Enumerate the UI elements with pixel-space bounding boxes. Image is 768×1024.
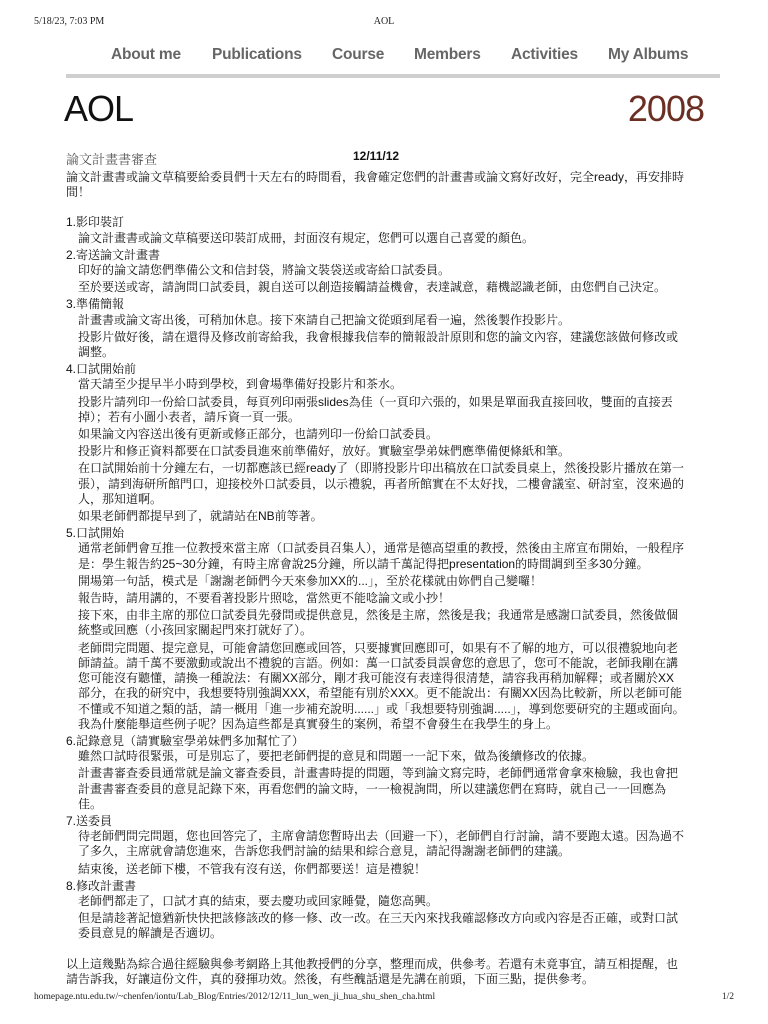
section-paragraph: 接下來，由非主席的那位口試委員先發問或提供意見，然後是主席，然後是我；我通常是感…: [66, 608, 686, 638]
section-heading: 1.影印裝訂: [66, 215, 686, 230]
section-paragraph: 投影片做好後，請在還得及修改前寄給我，我會根據我信奉的簡報設計原則和您的論文內容…: [66, 330, 686, 360]
section-6: 6.記錄意見（請實驗室學弟妹們多加幫忙了） 雖然口試時很緊張，可是別忘了，要把老…: [66, 734, 686, 812]
print-page-number: 1/2: [722, 992, 734, 1002]
section-paragraph: 但是請趁著記憶猶新快快把該修該改的修一修、改一改。在三天內來找我確認修改方向或內…: [66, 911, 686, 941]
section-paragraph: 如果老師們都提早到了，就請站在NB前等著。: [66, 509, 686, 524]
nav-item-activities[interactable]: Activities: [511, 46, 578, 64]
section-paragraph: 論文計畫書或論文草稿要送印裝訂成冊，封面沒有規定，您們可以選自己喜愛的顏色。: [66, 231, 686, 246]
section-heading: 5.口試開始: [66, 526, 686, 541]
print-page-title: AOL: [0, 16, 768, 27]
section-paragraph: 開場第一句話，模式是「謝謝老師們今天來參加XX的...」，至於花樣就由妳們自己變…: [66, 574, 686, 589]
entry-outro: 以上這幾點為綜合過往經驗與參考網路上其他教授們的分享，整理而成，供參考。若還有未…: [66, 957, 686, 987]
section-paragraph: 通常老師們會互推一位教授來當主席（口試委員召集人），通常是德高望重的教授，然後由…: [66, 541, 686, 571]
section-heading: 7.送委員: [66, 814, 686, 829]
section-paragraph: 雖然口試時很緊張，可是別忘了，要把老師們提的意見和問題一一記下來，做為後續修改的…: [66, 749, 686, 764]
entry-body: 論文計畫書或論文草稿要給委員們十天左右的時間看，我會確定您們的計畫書或論文寫好改…: [66, 170, 686, 987]
section-paragraph: 報告時，請用講的，不要看著投影片照唸，當然更不能唸論文或小抄！: [66, 591, 686, 606]
section-4: 4.口試開始前 當天請至少提早半小時到學校，到會場準備好投影片和茶水。 投影片請…: [66, 362, 686, 524]
section-paragraph: 計畫書或論文寄出後，可稍加休息。接下來請自己把論文從頭到尾看一遍，然後製作投影片…: [66, 313, 686, 328]
entry-intro: 論文計畫書或論文草稿要給委員們十天左右的時間看，我會確定您們的計畫書或論文寫好改…: [66, 170, 686, 200]
site-title: AOL: [64, 88, 133, 130]
section-paragraph: 如果論文內容送出後有更新或修正部分，也請列印一份給口試委員。: [66, 427, 686, 442]
section-7: 7.送委員 待老師們問完問題，您也回答完了，主席會請您暫時出去（回避一下），老師…: [66, 814, 686, 877]
section-paragraph: 結束後，送老師下樓，不管我有沒有送，你們都要送！這是禮貌！: [66, 862, 686, 877]
section-2: 2.寄送論文計畫書 印好的論文請您們準備公文和信封袋，將論文裝袋送或寄給口試委員…: [66, 248, 686, 296]
print-footer: homepage.ntu.edu.tw/~chenfen/iontu/Lab_B…: [0, 992, 768, 1006]
nav-item-publications[interactable]: Publications: [212, 46, 302, 64]
section-paragraph: 計畫書審查委員通常就是論文審查委員，計畫書時提的問題，等到論文寫完時，老師們通常…: [66, 766, 686, 812]
section-heading: 8.修改計畫書: [66, 879, 686, 894]
nav-item-about-me[interactable]: About me: [111, 46, 181, 64]
nav-item-my-albums[interactable]: My Albums: [608, 46, 688, 64]
nav-item-members[interactable]: Members: [414, 46, 481, 64]
section-8: 8.修改計畫書 老師們都走了，口試才真的結束，要去慶功或回家睡覺，隨您高興。 但…: [66, 879, 686, 942]
entry-header: 論文計畫書審查 12/11/12: [66, 149, 706, 167]
section-paragraph: 老師們都走了，口試才真的結束，要去慶功或回家睡覺，隨您高興。: [66, 894, 686, 909]
section-paragraph: 投影片請列印一份給口試委員，每頁列印兩張slides為佳（一頁印六張的，如果是單…: [66, 395, 686, 425]
section-paragraph: 老師問完問題、提完意見，可能會請您回應或回答，只要據實回應即可，如果有不了解的地…: [66, 641, 686, 732]
site-year: 2008: [628, 88, 704, 130]
print-url: homepage.ntu.edu.tw/~chenfen/iontu/Lab_B…: [34, 992, 435, 1002]
nav-item-course[interactable]: Course: [332, 46, 384, 64]
section-heading: 3.準備簡報: [66, 297, 686, 312]
section-1: 1.影印裝訂 論文計畫書或論文草稿要送印裝訂成冊，封面沒有規定，您們可以選自己喜…: [66, 215, 686, 245]
section-paragraph: 待老師們問完問題，您也回答完了，主席會請您暫時出去（回避一下），老師們自行討論，…: [66, 829, 686, 859]
print-header: 5/18/23, 7:03 PM AOL: [0, 16, 768, 30]
section-5: 5.口試開始 通常老師們會互推一位教授來當主席（口試委員召集人），通常是德高望重…: [66, 526, 686, 732]
section-paragraph: 在口試開始前十分鐘左右，一切都應該已經ready了（即將投影片印出稿放在口試委員…: [66, 461, 686, 507]
main-nav: About me Publications Course Members Act…: [66, 44, 720, 78]
section-heading: 2.寄送論文計畫書: [66, 248, 686, 263]
section-3: 3.準備簡報 計畫書或論文寄出後，可稍加休息。接下來請自己把論文從頭到尾看一遍，…: [66, 297, 686, 360]
section-heading: 4.口試開始前: [66, 362, 686, 377]
entry-title: 論文計畫書審查: [66, 149, 157, 168]
section-paragraph: 當天請至少提早半小時到學校，到會場準備好投影片和茶水。: [66, 377, 686, 392]
section-paragraph: 印好的論文請您們準備公文和信封袋，將論文裝袋送或寄給口試委員。: [66, 263, 686, 278]
section-paragraph: 至於要送或寄，請詢問口試委員，親自送可以創造接觸請益機會，表達誠意，藉機認識老師…: [66, 280, 686, 295]
entry-date: 12/11/12: [353, 149, 399, 163]
section-paragraph: 投影片和修正資料都要在口試委員進來前準備好，放好。實驗室學弟妹們應準備便條紙和筆…: [66, 444, 686, 459]
section-heading: 6.記錄意見（請實驗室學弟妹們多加幫忙了）: [66, 734, 686, 749]
